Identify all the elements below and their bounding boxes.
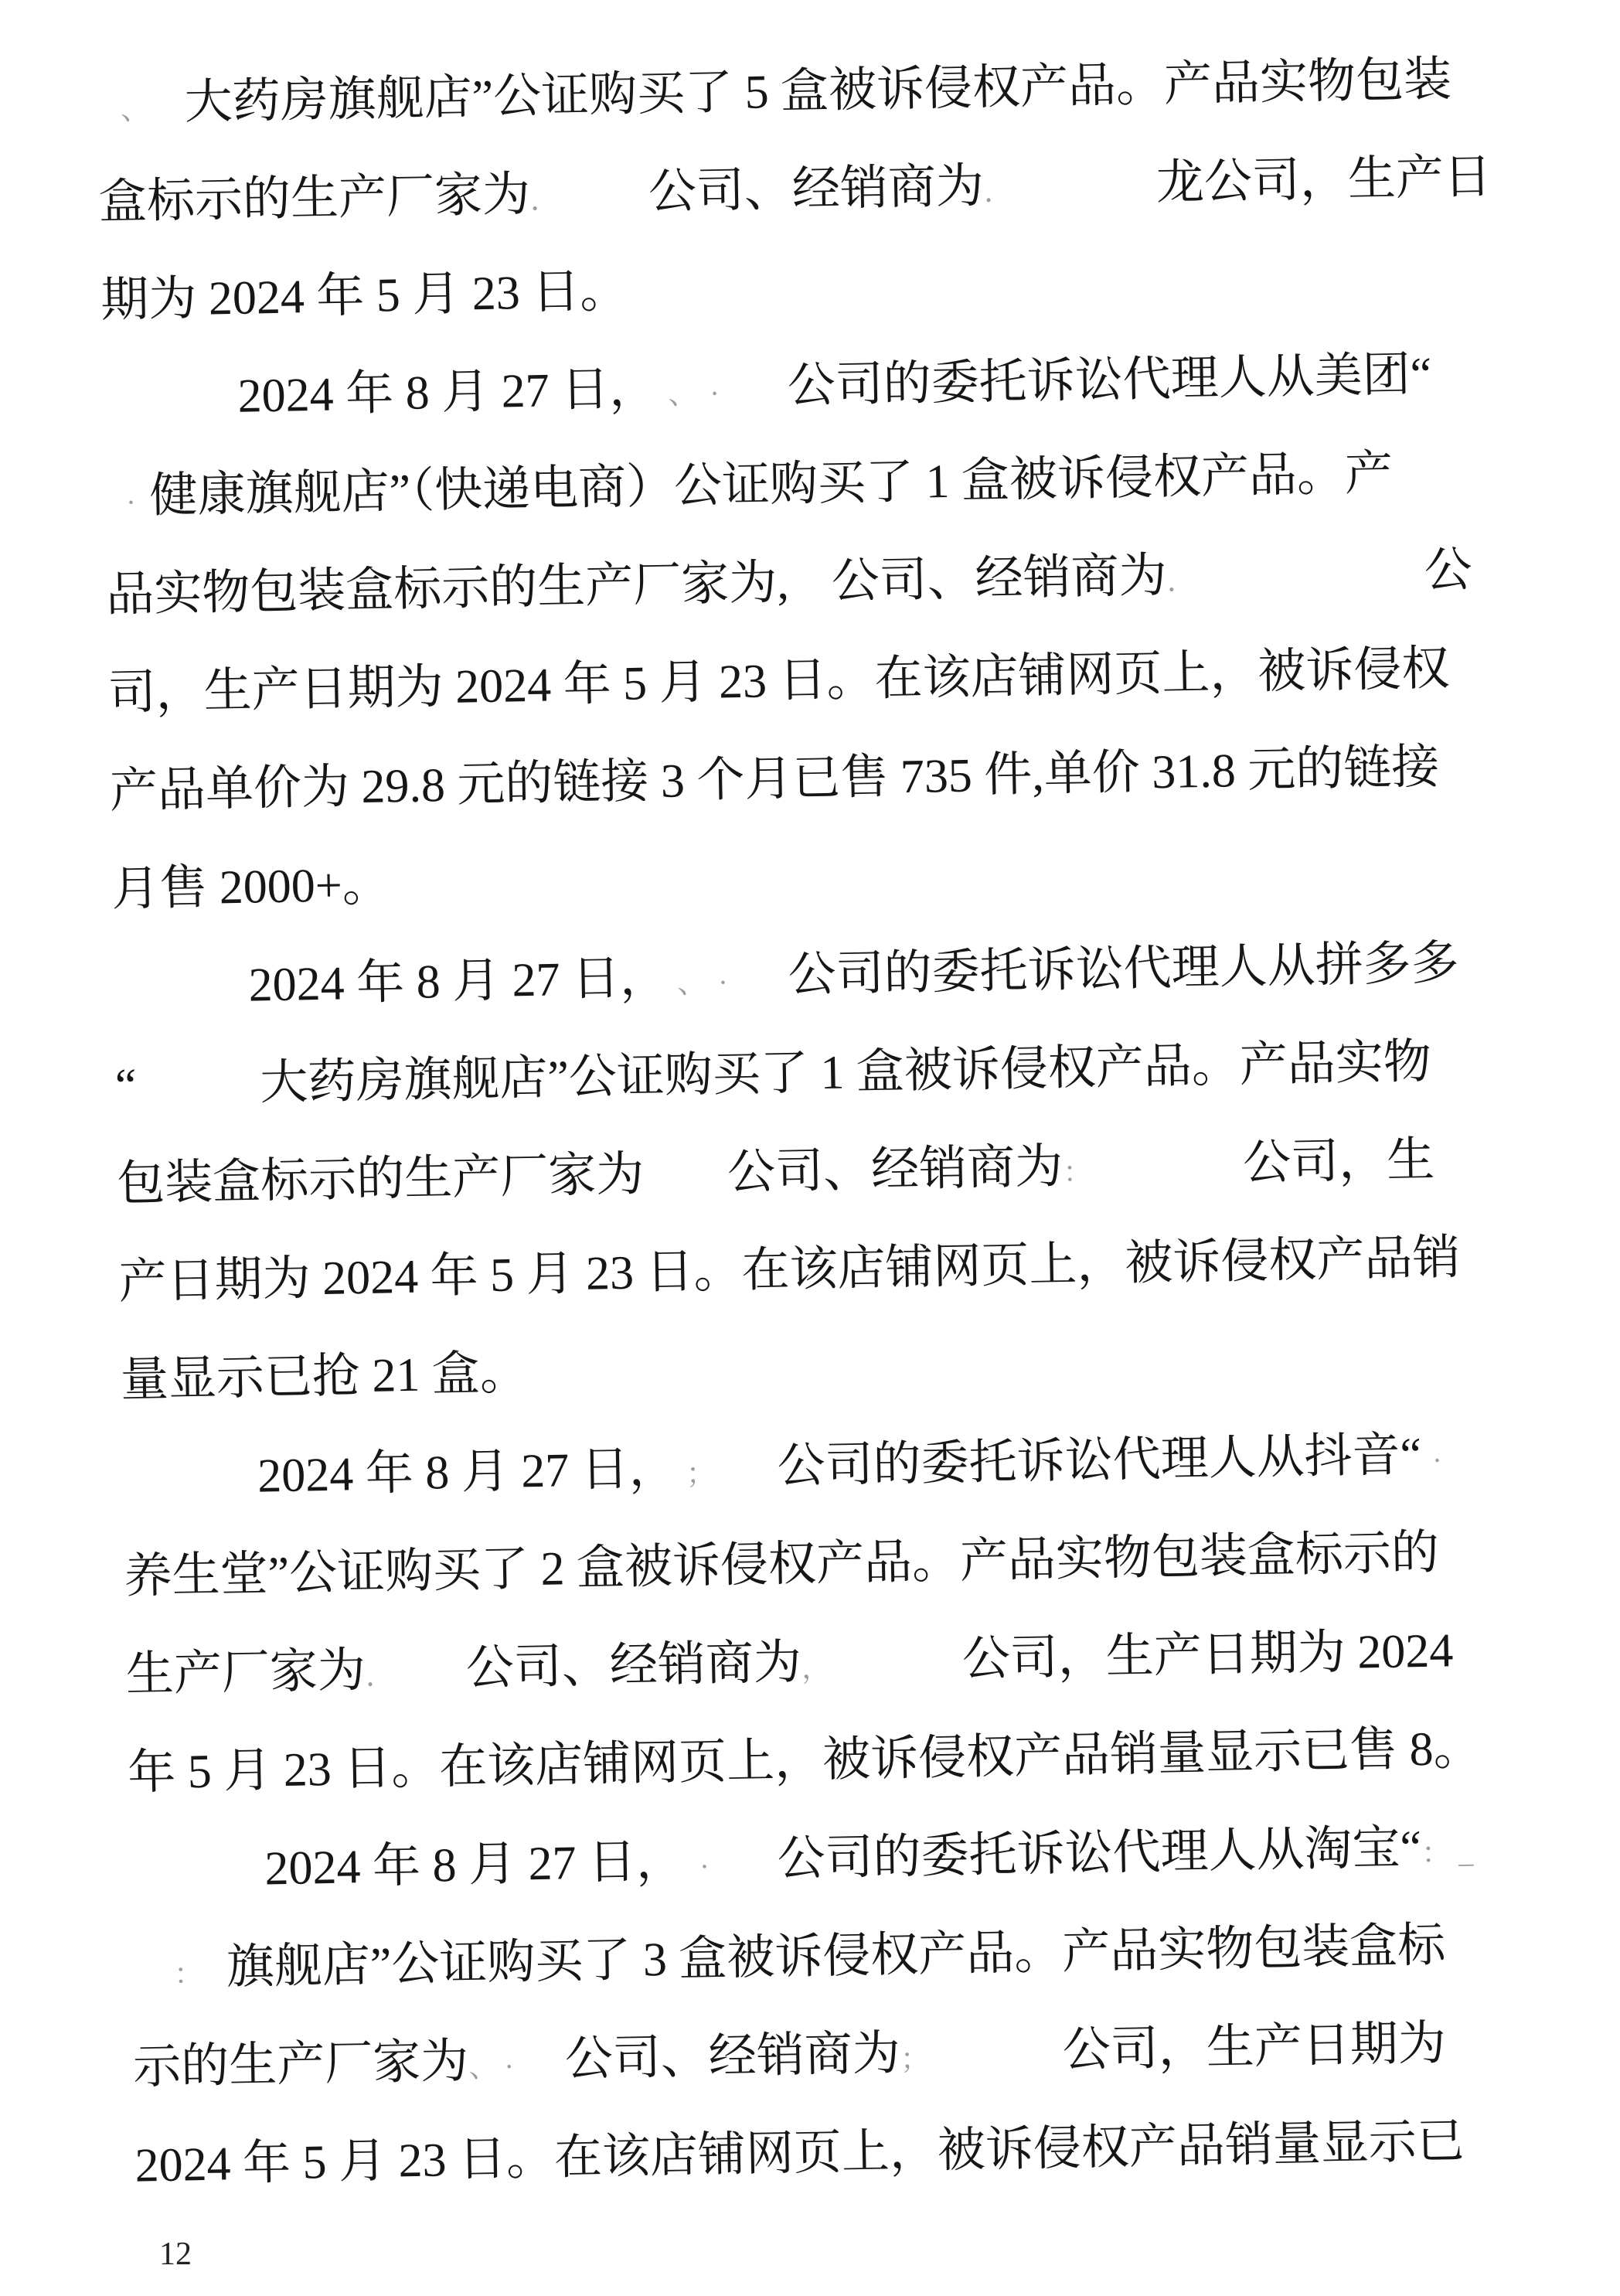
redaction-gap [97, 118, 121, 121]
text-run: 公司、经销商为 [831, 550, 1167, 608]
text-run: 盒标示的生产厂家为 [98, 169, 530, 229]
text-run: 2024 年 5 月 23 日。在该店铺网页上，被诉侵权产品销量显示已 [134, 2115, 1465, 2192]
faint-mark: ； [686, 1458, 716, 1491]
text-run: 2024 年 8 月 27 日， [264, 1835, 685, 1896]
faint-mark: ． [530, 184, 560, 217]
text-run: 公司、经销商为 [727, 1140, 1064, 1199]
faint-mark: 、 [468, 2051, 499, 2084]
text-run: 公 [1424, 544, 1472, 598]
redaction-gap [716, 1480, 778, 1483]
text-run: 期为 2024 年 5 月 23 日。 [100, 265, 628, 327]
faint-mark: ． [984, 175, 1014, 209]
text-run: 生产厂家为 [125, 1644, 366, 1702]
text-run: 品实物包装盒标示的生产厂家为, [106, 557, 790, 622]
faint-mark: ： [174, 1958, 204, 1991]
redaction-gap [123, 1490, 258, 1494]
redaction-gap [1421, 1469, 1432, 1470]
redaction-gap [114, 1000, 249, 1003]
faint-mark: · [710, 377, 720, 410]
text-run: 大药房旗舰店”公证购买了 1 盒被诉侵权产品。产品实物 [260, 1036, 1432, 1110]
redaction-gap [697, 402, 710, 404]
text-run: “ [114, 1059, 137, 1112]
faint-mark: · [1432, 1444, 1442, 1477]
text-run: 公司、经销商为 [564, 2027, 900, 2086]
redaction-gap [499, 2075, 505, 2076]
faint-mark: ； [900, 2043, 931, 2076]
text-run: 2024 年 8 月 27 日， [248, 952, 669, 1012]
text-run: 产日期为 2024 年 5 月 23 日。在该店铺网页上，被诉侵权产品销 [118, 1231, 1461, 1309]
redaction-gap [136, 510, 150, 512]
faint-mark: 、 [120, 94, 150, 127]
text-run: 2024 年 8 月 27 日， [237, 363, 658, 423]
redaction-gap [831, 1674, 962, 1678]
document-lines: 、大药房旗舰店”公证购买了 5 盒被诉侵权产品。产品实物包装盒标示的生产厂家为．… [97, 29, 1558, 2215]
redaction-gap [684, 1875, 699, 1876]
redaction-gap [560, 206, 648, 210]
text-run: 健康旗舰店”（快递电商）公证购买了 1 盒被诉侵权产品。产 [149, 447, 1394, 522]
faint-mark: ： [1063, 1157, 1093, 1190]
text-run: 龙公司，生产日 [1155, 151, 1492, 210]
text-run: 公司的委托诉讼代理人从淘宝“ [777, 1821, 1422, 1886]
redaction-gap [789, 596, 832, 598]
redaction-gap [130, 1882, 265, 1886]
redaction-gap [728, 990, 788, 992]
text-run: 旗舰店”公证购买了 3 盒被诉侵权产品。产品实物包装盒标 [226, 1920, 1446, 1995]
redaction-gap [150, 117, 185, 119]
text-run: 公司的委托诉讼代理人从拼多多 [788, 937, 1459, 1002]
text-run: 公司的委托诉讼代理人从抖音“ [777, 1429, 1422, 1493]
redaction-gap [677, 1482, 686, 1484]
redaction-gap [203, 1981, 226, 1984]
faint-mark: · [126, 486, 136, 519]
redaction-gap [710, 1873, 778, 1876]
text-run: 产品单价为 29.8 元的链接 3 个月已售 735 件,单价 31.8 元的链… [109, 741, 1439, 818]
faint-mark: ： [1421, 1837, 1452, 1870]
text-run: 公司，生产日期为 [1062, 2018, 1446, 2077]
text-run: 月售 2000+。 [111, 858, 391, 916]
text-run: 包装盒标示的生产厂家为 [117, 1148, 645, 1210]
text-run: 公司，生 [1242, 1134, 1435, 1191]
text-run: 养生堂”公证购买了 2 盒被诉侵权产品。产品实物包装盒标示的 [124, 1527, 1439, 1603]
faint-mark: ． [1166, 565, 1196, 598]
text-run: 公司的委托诉讼代理人从美团“ [787, 349, 1432, 413]
redaction-gap [395, 1683, 466, 1686]
redaction-gap [1092, 1177, 1243, 1182]
page-number: 12 [159, 2231, 192, 2277]
redaction-gap [103, 410, 238, 414]
redaction-gap [645, 1187, 728, 1190]
text-run: 大药房旗舰店”公证购买了 5 盒被诉侵权产品。产品实物包装 [184, 53, 1452, 129]
redaction-gap [706, 991, 718, 993]
redaction-gap [1196, 585, 1424, 591]
redaction-gap [1451, 1861, 1458, 1862]
redaction-gap [1013, 197, 1156, 201]
redaction-gap [137, 1097, 260, 1101]
faint-mark: 、 [677, 967, 707, 1000]
faint-mark: _ [1458, 1837, 1474, 1869]
redaction-gap [668, 992, 677, 993]
document-page: 、大药房旗舰店”公证购买了 5 盒被诉侵权产品。产品实物包装盒标示的生产厂家为．… [0, 0, 1620, 2296]
text-run: 量显示已抢 21 盒。 [120, 1347, 528, 1407]
text-run: 2024 年 8 月 27 日， [257, 1443, 678, 1503]
text-run: 公司、经销商为 [465, 1637, 801, 1695]
redaction-gap [104, 510, 126, 513]
text-run: 司，生产日期为 2024 年 5 月 23 日。在该店铺网页上，被诉侵权 [107, 642, 1450, 720]
redaction-gap [657, 403, 668, 404]
faint-mark: ， [801, 1652, 832, 1685]
redaction-gap [720, 400, 788, 404]
redaction-gap [930, 2065, 1063, 2069]
text-run: 公司、经销商为 [648, 160, 984, 219]
faint-mark: · [699, 1851, 710, 1883]
redaction-gap [514, 2073, 565, 2076]
faint-mark: · [504, 2051, 514, 2083]
text-run: 公司，生产日期为 2024 [961, 1624, 1454, 1686]
faint-mark: ． [366, 1660, 396, 1693]
redaction-gap [131, 1983, 174, 1985]
faint-mark: · [718, 966, 728, 999]
faint-mark: 、 [668, 378, 698, 411]
text-run: 示的生产厂家为 [133, 2035, 469, 2094]
text-run: 年 5 月 23 日。在该店铺网页上，被诉侵权产品销量显示已售 8。 [128, 1722, 1482, 1800]
